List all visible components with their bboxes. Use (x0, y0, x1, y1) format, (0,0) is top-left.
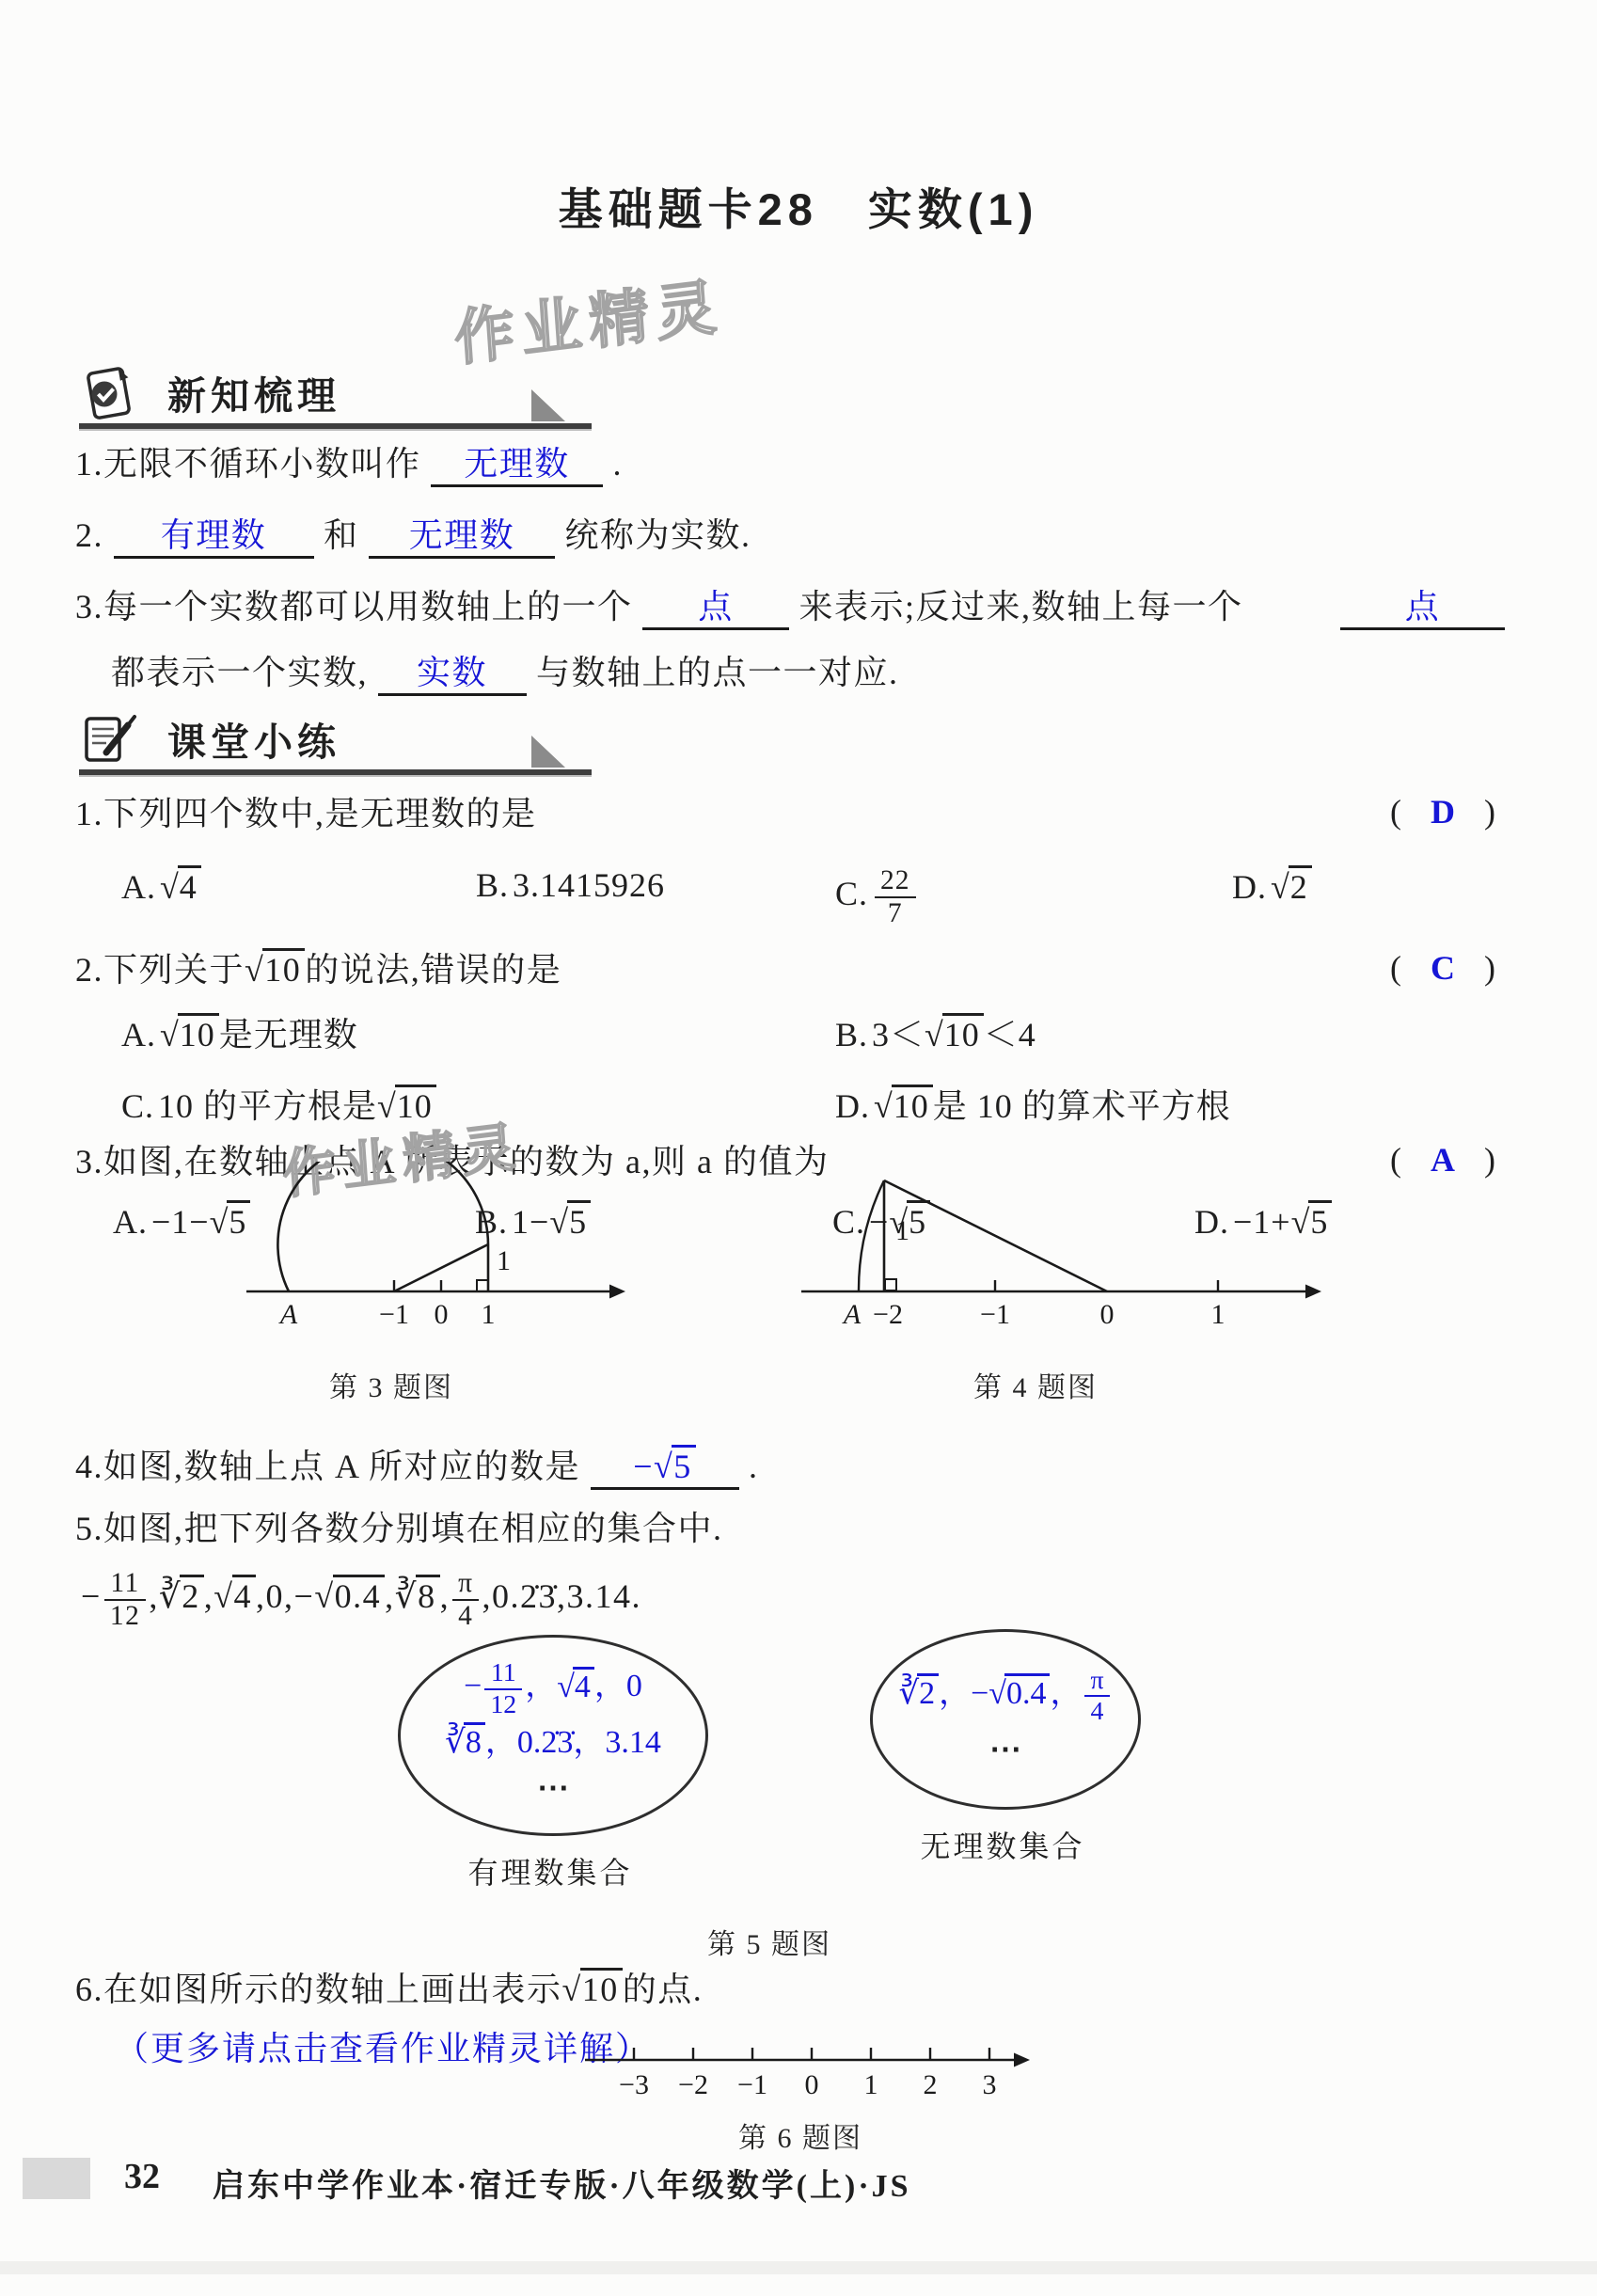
rational-set-label: 有理数集合 (398, 1849, 703, 1892)
svg-text:−1: −1 (379, 1299, 409, 1330)
svg-text:1: 1 (1211, 1299, 1225, 1330)
watermark-top: 作业精灵 (451, 258, 726, 377)
answer-q3: ( A ) (1390, 1140, 1495, 1180)
set-content-line: −1112，√4，0 (464, 1658, 642, 1718)
practice-q5-numbers: −1112,∛2,√4,0,−√0.4,∛8,π4,0.2̇3̇,3.14. (81, 1554, 641, 1639)
fig3-caption: 第 3 题图 (329, 1364, 453, 1405)
practice-q1-text: 1.下列四个数中,是无理数的是 (75, 792, 537, 835)
svg-text:0: 0 (435, 1299, 449, 1330)
practice-q6-text: 6.在如图所示的数轴上画出表示√10的点. (75, 1968, 703, 2011)
svg-text:1: 1 (864, 2069, 878, 2100)
detail-link[interactable]: （更多请点击查看作业精灵详解） (115, 2022, 651, 2070)
q1-options-row: A.√4 B.3.1415926 C.227 D.√2 (0, 848, 1597, 939)
fig6-caption: 第 6 题图 (738, 2114, 862, 2156)
footer-gray-block (23, 2158, 90, 2199)
review-q2: 2. 有理数 和 无理数 统称为实数. (75, 514, 751, 559)
option-d: D.√10是 10 的算术平方根 (835, 1080, 1231, 1128)
option-b: B.3＜√10＜4 (835, 1008, 1036, 1056)
review-q3-line1: 3.每一个实数都可以用数轴上的一个 点 来表示;反过来,数轴上每一个 (75, 585, 1243, 630)
blank-answer: 无理数 (431, 445, 603, 487)
blank-answer: 无理数 (369, 516, 555, 559)
review-q1: 1.无限不循环小数叫作 无理数 . (75, 442, 623, 487)
svg-text:−1: −1 (980, 1299, 1010, 1330)
practice-q4: 4.如图,数轴上点 A 所对应的数是 −√5 . (75, 1445, 759, 1490)
svg-text:−2: −2 (678, 2069, 708, 2100)
irrational-set-label: 无理数集合 (870, 1823, 1135, 1866)
rational-set-ellipse: −1112，√4，0 ∛8，0.2̇3̇，3.14 ⋯ (398, 1635, 708, 1836)
svg-text:3: 3 (983, 2069, 997, 2100)
blank-answer: 点 (642, 588, 789, 630)
svg-text:A: A (842, 1299, 862, 1330)
svg-text:1: 1 (895, 1215, 909, 1246)
fig3-number-line: A −1 0 1 1 (235, 1162, 640, 1340)
svg-text:A: A (278, 1299, 298, 1330)
option-d: D.√2 (1232, 865, 1312, 907)
blank-answer: 有理数 (114, 516, 314, 559)
notes-check-icon (79, 363, 139, 428)
section-underline (79, 423, 592, 429)
blank-answer: 点 (1340, 588, 1505, 630)
svg-text:−2: −2 (873, 1299, 903, 1330)
option-c: C.227 (835, 865, 919, 929)
section-header-review: 新知梳理 (79, 365, 592, 429)
review-q3-line2: 都表示一个实数, 实数 与数轴上的点一一对应. (111, 651, 899, 696)
svg-text:1: 1 (497, 1245, 511, 1276)
practice-q2-text: 2.下列关于√10的说法,错误的是 (75, 948, 561, 991)
irrational-set-ellipse: ∛2，−√0.4，π4 ⋯ (870, 1629, 1141, 1810)
footer-text: 启东中学作业本·宿迁专版·八年级数学(上)·JS (213, 2160, 911, 2206)
option-a: A.−1−√5 (113, 1200, 250, 1242)
ellipsis-dots: ⋯ (989, 1727, 1021, 1773)
svg-text:−1: −1 (737, 2069, 767, 2100)
q2-options-row2: C.10 的平方根是√10 D.√10是 10 的算术平方根 (0, 1080, 1597, 1146)
svg-text:−3: −3 (619, 2069, 649, 2100)
blank-answer: 实数 (378, 654, 527, 696)
option-b: B.3.1415926 (476, 865, 665, 905)
option-a: A.√10是无理数 (121, 1008, 358, 1056)
fig5-caption: 第 5 题图 (707, 1921, 831, 1962)
fig4-number-line: A −2 −1 0 1 1 (790, 1162, 1336, 1340)
page-number: 32 (124, 2156, 160, 2197)
svg-text:0: 0 (805, 2069, 819, 2100)
option-a: A.√4 (121, 865, 201, 907)
q2-options-row1: A.√10是无理数 B.3＜√10＜4 (0, 1008, 1597, 1074)
pennant-icon (531, 736, 565, 768)
section-title: 新知梳理 (167, 365, 340, 420)
section-title: 课堂小练 (167, 711, 340, 767)
review-q3-blank2: 点 (1340, 585, 1505, 630)
workbook-page: 基础题卡28 实数(1) 作业精灵 新知梳理 1.无限不循环小数叫作 无理数 .… (0, 0, 1597, 2296)
section-header-practice: 课堂小练 (79, 711, 592, 775)
section-underline (79, 769, 592, 775)
svg-text:1: 1 (482, 1299, 496, 1330)
practice-q5-text: 5.如图,把下列各数分别填在相应的集合中. (75, 1507, 723, 1550)
scan-band (0, 2261, 1597, 2274)
notepad-pencil-icon (79, 709, 139, 774)
answer-q2: ( C ) (1390, 948, 1495, 988)
set-content-line: ∛2，−√0.4，π4 (898, 1666, 1112, 1726)
svg-text:2: 2 (924, 2069, 938, 2100)
fig4-caption: 第 4 题图 (973, 1364, 1098, 1405)
ellipsis-dots: ⋯ (537, 1766, 569, 1812)
fig6-number-line: −3 −2 −1 0 1 2 3 (574, 2027, 1063, 2112)
svg-text:0: 0 (1100, 1299, 1115, 1330)
blank-answer: −√5 (591, 1445, 739, 1490)
pennant-icon (531, 389, 565, 421)
page-title: 基础题卡28 实数(1) (0, 175, 1597, 238)
set-content-line: ∛8，0.2̇3̇，3.14 (445, 1719, 661, 1766)
answer-q1: ( D ) (1390, 792, 1495, 831)
